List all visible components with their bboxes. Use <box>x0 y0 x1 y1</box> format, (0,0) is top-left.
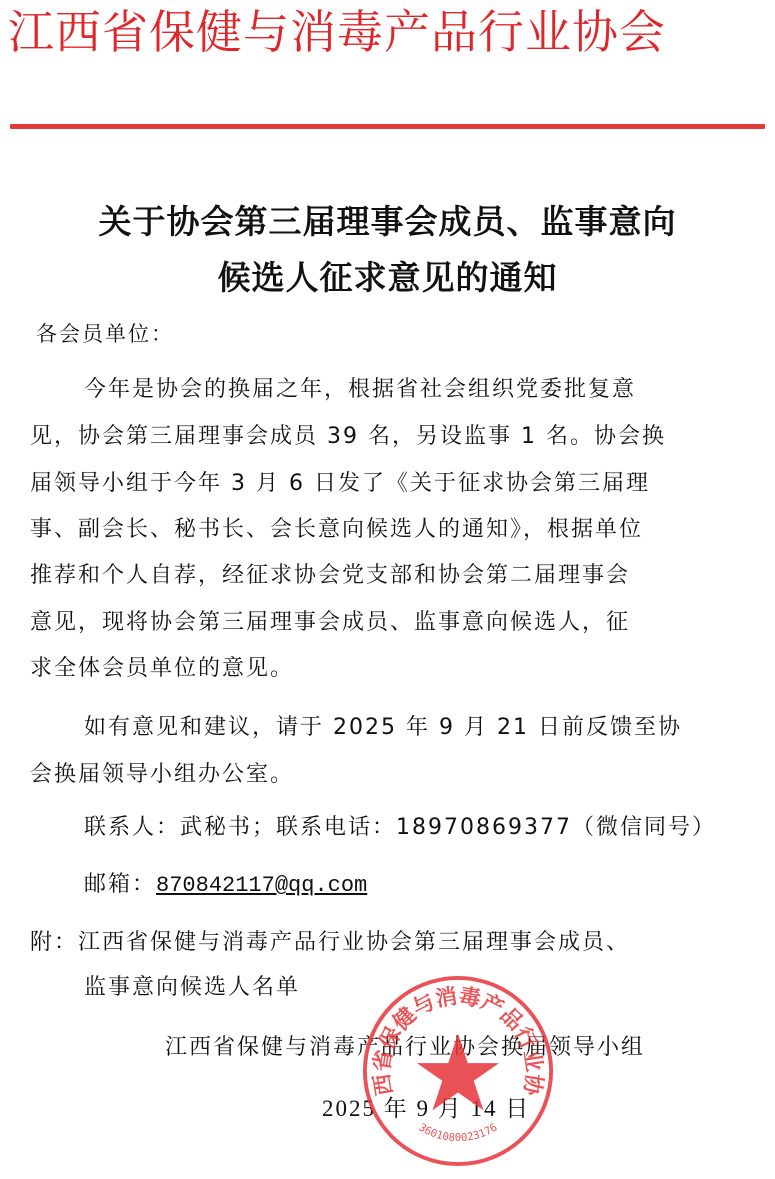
body-line: 如有意见和建议，请于 2025 年 9 月 21 日前反馈至协 <box>84 710 682 741</box>
svg-text:3601080023176: 3601080023176 <box>417 1121 500 1144</box>
letterhead-org-name: 江西省保健与消毒产品行业协会 <box>8 6 768 58</box>
document-title-line-2: 候选人征求意见的通知 <box>0 252 775 299</box>
body-line: 事、副会长、秘书长、会长意向候选人的通知》，根据单位 <box>30 512 643 543</box>
attachment-line-2: 监事意向候选人名单 <box>84 970 300 1001</box>
body-line: 届领导小组于今年 3 月 6 日发了《关于征求协会第三届理 <box>30 466 650 497</box>
salutation: 各会员单位： <box>36 318 174 348</box>
body-line: 意见，现将协会第三届理事会成员、监事意向候选人，征 <box>30 605 630 636</box>
email-link[interactable]: 870842117@qq.com <box>156 873 367 898</box>
letterhead-divider <box>10 124 765 129</box>
body-line: 推荐和个人自荐，经征求协会党支部和协会第二届理事会 <box>30 558 630 589</box>
attachment-line-1: 附：江西省保健与消毒产品行业协会第三届理事会成员、 <box>30 925 630 956</box>
body-line: 求全体会员单位的意见。 <box>30 651 294 682</box>
contact-info: 联系人：武秘书；联系电话：18970869377（微信同号） <box>84 810 716 841</box>
document-title-line-1: 关于协会第三届理事会成员、监事意向 <box>0 196 775 243</box>
seal-code: 3601080023176 <box>417 1121 500 1144</box>
body-line: 见，协会第三届理事会成员 39 名，另设监事 1 名。协会换 <box>30 419 666 450</box>
official-seal-icon: 江西省保健与消毒产品行业协会 3601080023176 <box>360 973 556 1169</box>
email-row: 邮箱：870842117@qq.com <box>84 867 367 898</box>
email-label: 邮箱： <box>84 872 156 897</box>
body-line: 会换届领导小组办公室。 <box>30 757 294 788</box>
body-line: 今年是协会的换届之年，根据省社会组织党委批复意 <box>84 372 636 403</box>
